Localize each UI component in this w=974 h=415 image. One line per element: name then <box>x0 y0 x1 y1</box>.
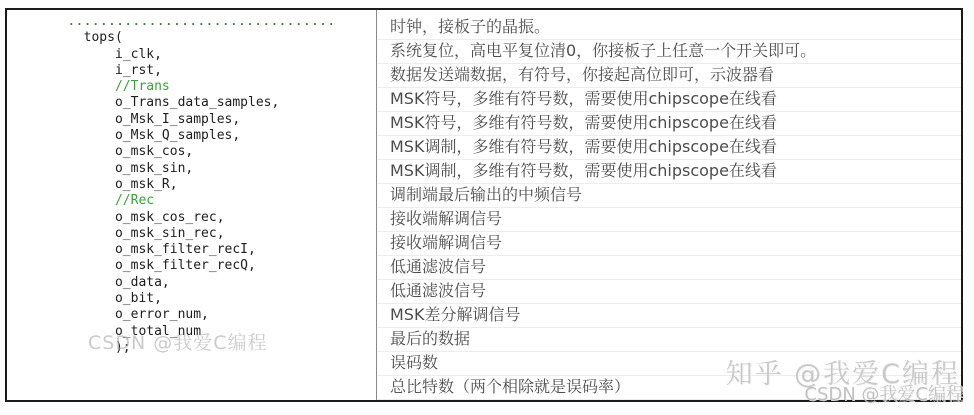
description-row: 系统复位，高电平复位清0，你接板子上任意一个开关即可。 <box>377 40 961 64</box>
description-row: 总比特数（两个相除就是误码率） <box>377 376 961 400</box>
code-line: o_msk_filter_recQ, <box>68 258 376 274</box>
code-line: o_msk_sin_rec, <box>68 226 376 242</box>
description-row: 调制端最后输出的中频信号 <box>377 184 961 208</box>
code-line: o_msk_filter_recI, <box>68 242 376 258</box>
code-line: o_msk_sin, <box>68 161 376 177</box>
description-row: 时钟，接板子的晶振。 <box>377 16 961 40</box>
code-doc-table: ................................. tops( … <box>5 8 963 402</box>
description-row: MSK调制，多维有符号数，需要使用chipscope在线看 <box>377 136 961 160</box>
page: ................................. tops( … <box>0 0 974 415</box>
description-row: MSK调制，多维有符号数，需要使用chipscope在线看 <box>377 160 961 184</box>
code-panel: ................................. tops( … <box>7 10 377 400</box>
code-line: o_msk_R, <box>68 177 376 193</box>
code-line: o_Msk_Q_samples, <box>68 128 376 144</box>
description-panel: 时钟，接板子的晶振。 系统复位，高电平复位清0，你接板子上任意一个开关即可。 数… <box>377 10 961 400</box>
code-line: //Trans <box>68 79 376 95</box>
description-row: 最后的数据 <box>377 328 961 352</box>
description-row: 低通滤波信号 <box>377 280 961 304</box>
code-line: i_rst, <box>68 63 376 79</box>
description-row: MSK符号，多维有符号数，需要使用chipscope在线看 <box>377 112 961 136</box>
code-line: o_msk_cos_rec, <box>68 210 376 226</box>
code-line: o_msk_cos, <box>68 144 376 160</box>
code-line: o_Trans_data_samples, <box>68 95 376 111</box>
description-row: 误码数 <box>377 352 961 376</box>
code-line: o_data, <box>68 275 376 291</box>
code-line: o_error_num, <box>68 307 376 323</box>
code-line: o_Msk_I_samples, <box>68 112 376 128</box>
code-line: ); <box>68 340 376 356</box>
code-line: //Rec <box>68 193 376 209</box>
code-line: o_total_num <box>68 324 376 340</box>
code-line: tops( <box>68 30 376 46</box>
description-row: MSK差分解调信号 <box>377 304 961 328</box>
description-row: 接收端解调信号 <box>377 232 961 256</box>
description-row: MSK符号，多维有符号数，需要使用chipscope在线看 <box>377 88 961 112</box>
description-row: 数据发送端数据，有符号，你接起高位即可，示波器看 <box>377 64 961 88</box>
code-line: ................................. <box>68 14 376 30</box>
code-line: o_bit, <box>68 291 376 307</box>
description-row: 低通滤波信号 <box>377 256 961 280</box>
description-row: 接收端解调信号 <box>377 208 961 232</box>
code-line: i_clk, <box>68 47 376 63</box>
